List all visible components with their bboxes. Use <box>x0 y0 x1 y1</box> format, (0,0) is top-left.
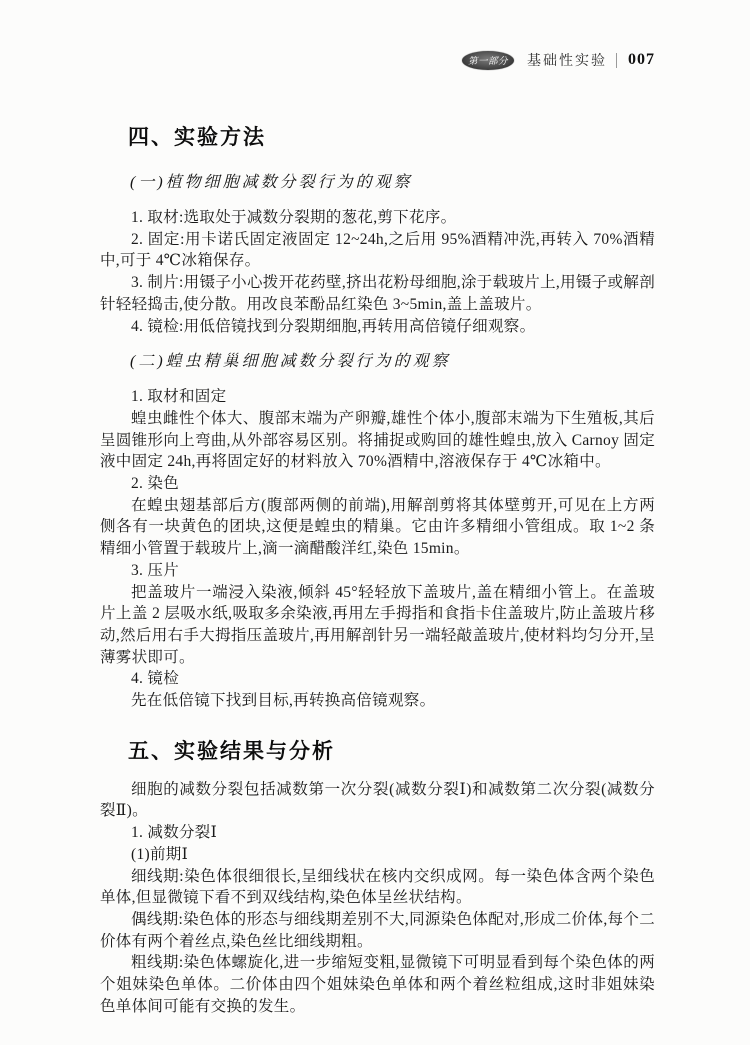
header-divider <box>616 53 617 68</box>
page-body: 四、实验方法 (一)植物细胞减数分裂行为的观察 1. 取材:选取处于减数分裂期的… <box>0 124 750 1018</box>
paragraph: 3. 压片 <box>100 560 655 582</box>
paragraph: 把盖玻片一端浸入染液,倾斜 45°轻轻放下盖玻片,盖在精细小管上。在盖玻片上盖 … <box>100 582 655 669</box>
paragraph: 细胞的减数分裂包括减数第一次分裂(减数分裂Ⅰ)和减数第二次分裂(减数分裂Ⅱ)。 <box>100 779 655 822</box>
paragraph: 1. 减数分裂Ⅰ <box>100 822 655 844</box>
paragraph: 1. 取材和固定 <box>100 386 655 408</box>
header-section-title: 基础性实验 <box>527 50 607 70</box>
paragraph: 粗线期:染色体螺旋化,进一步缩短变粗,显微镜下可明显看到每个染色体的两个姐妹染色… <box>100 952 655 1017</box>
section-heading-methods: 四、实验方法 <box>128 124 655 152</box>
subsection-heading-plant: (一)植物细胞减数分裂行为的观察 <box>130 172 655 194</box>
page-header: 第一部分 基础性实验 007 <box>100 50 655 70</box>
section-heading-results: 五、实验结果与分析 <box>128 738 655 766</box>
paragraph: 4. 镜检 <box>100 668 655 690</box>
paragraph: 2. 固定:用卡诺氏固定液固定 12~24h,之后用 95%酒精冲洗,再转入 7… <box>100 229 655 272</box>
paragraph: 4. 镜检:用低倍镜找到分裂期细胞,再转用高倍镜仔细观察。 <box>100 316 655 338</box>
paragraph: (1)前期Ⅰ <box>100 844 655 866</box>
paragraph: 蝗虫雌性个体大、腹部末端为产卵瓣,雄性个体小,腹部末端为下生殖板,其后呈圆锥形向… <box>100 408 655 473</box>
paragraph: 先在低倍镜下找到目标,再转换高倍镜观察。 <box>100 690 655 712</box>
part-badge: 第一部分 <box>462 51 514 70</box>
book-page: 第一部分 基础性实验 007 四、实验方法 (一)植物细胞减数分裂行为的观察 1… <box>0 0 750 1045</box>
page-number: 007 <box>628 51 655 69</box>
paragraph: 偶线期:染色体的形态与细线期差别不大,同源染色体配对,形成二价体,每个二价体有两… <box>100 909 655 952</box>
paragraph: 细线期:染色体很细很长,呈细线状在核内交织成网。每一染色体含两个染色单体,但显微… <box>100 866 655 909</box>
subsection-heading-locust: (二)蝗虫精巢细胞减数分裂行为的观察 <box>130 351 655 373</box>
paragraph: 在蝗虫翅基部后方(腹部两侧的前端),用解剖剪将其体壁剪开,可见在上方两侧各有一块… <box>100 495 655 560</box>
part-badge-label: 第一部分 <box>468 53 508 67</box>
paragraph: 3. 制片:用镊子小心拨开花药壁,挤出花粉母细胞,涂于载玻片上,用镊子或解剖针轻… <box>100 272 655 315</box>
paragraph: 2. 染色 <box>100 473 655 495</box>
paragraph: 1. 取材:选取处于减数分裂期的葱花,剪下花序。 <box>100 207 655 229</box>
